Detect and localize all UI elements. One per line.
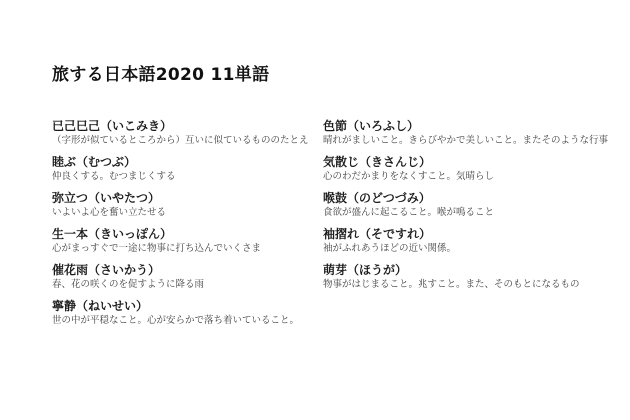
vocab-entry: 催花雨（さいかう） 春、花の咲くのを促すように降る雨 (52, 263, 323, 291)
vocab-columns: 已己巳己（いこみき） （字形が似ているところから）互いに似ているもののたとえ 睦… (52, 119, 612, 335)
vocab-entry: 萌芽（ほうが） 物事がはじまること。兆すこと。また、そのもとになるもの (323, 263, 612, 291)
vocab-definition: 春、花の咲くのを促すように降る雨 (52, 278, 323, 291)
vocab-definition: 仲良くする。むつまじくする (52, 170, 323, 183)
vocab-list-right: 色節（いろふし） 晴れがましいこと。きらびやかで美しいこと。またそのような行事 … (323, 119, 612, 335)
vocab-term: 已己巳己（いこみき） (52, 119, 323, 134)
vocab-term: 喉鼓（のどつづみ） (323, 191, 612, 206)
vocab-definition: 食欲が盛んに起こること。喉が鳴ること (323, 206, 612, 219)
vocab-entry: 気散じ（きさんじ） 心のわだかまりをなくすこと。気晴らし (323, 155, 612, 183)
vocab-definition: （字形が似ているところから）互いに似ているもののたとえ (52, 134, 323, 147)
vocab-entry: 已己巳己（いこみき） （字形が似ているところから）互いに似ているもののたとえ (52, 119, 323, 147)
vocab-term: 萌芽（ほうが） (323, 263, 612, 278)
vocab-term: 弥立つ（いやたつ） (52, 191, 323, 206)
vocab-term: 気散じ（きさんじ） (323, 155, 612, 170)
vocab-term: 袖摺れ（そですれ） (323, 227, 612, 242)
vocab-term: 生一本（きいっぽん） (52, 227, 323, 242)
vocab-entry: 生一本（きいっぽん） 心がまっすぐで一途に物事に打ち込んでいくさま (52, 227, 323, 255)
vocab-list-left: 已己巳己（いこみき） （字形が似ているところから）互いに似ているもののたとえ 睦… (52, 119, 323, 335)
vocab-entry: 睦ぶ（むつぶ） 仲良くする。むつまじくする (52, 155, 323, 183)
vocab-entry: 色節（いろふし） 晴れがましいこと。きらびやかで美しいこと。またそのような行事 (323, 119, 612, 147)
vocab-entry: 寧静（ねいせい） 世の中が平穏なこと。心が安らかで落ち着いていること。 (52, 299, 323, 327)
vocab-definition: 袖がふれあうほどの近い関係。 (323, 242, 612, 255)
vocab-term: 睦ぶ（むつぶ） (52, 155, 323, 170)
vocab-definition: 晴れがましいこと。きらびやかで美しいこと。またそのような行事 (323, 134, 612, 147)
page-title: 旅する日本語2020 11単語 (52, 60, 269, 85)
vocab-entry: 弥立つ（いやたつ） いよいよ心を奮い立たせる (52, 191, 323, 219)
vocab-term: 催花雨（さいかう） (52, 263, 323, 278)
vocab-term: 寧静（ねいせい） (52, 299, 323, 314)
slide-page: 旅する日本語2020 11単語 已己巳己（いこみき） （字形が似ているところから… (0, 0, 630, 420)
vocab-definition: 物事がはじまること。兆すこと。また、そのもとになるもの (323, 278, 612, 291)
vocab-definition: いよいよ心を奮い立たせる (52, 206, 323, 219)
vocab-term: 色節（いろふし） (323, 119, 612, 134)
vocab-definition: 心がまっすぐで一途に物事に打ち込んでいくさま (52, 242, 323, 255)
vocab-definition: 世の中が平穏なこと。心が安らかで落ち着いていること。 (52, 314, 323, 327)
vocab-entry: 袖摺れ（そですれ） 袖がふれあうほどの近い関係。 (323, 227, 612, 255)
vocab-entry: 喉鼓（のどつづみ） 食欲が盛んに起こること。喉が鳴ること (323, 191, 612, 219)
vocab-definition: 心のわだかまりをなくすこと。気晴らし (323, 170, 612, 183)
